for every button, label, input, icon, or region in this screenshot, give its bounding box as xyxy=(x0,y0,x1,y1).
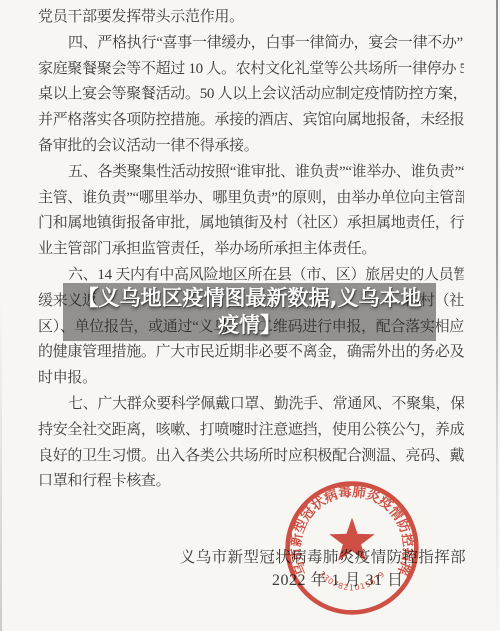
text-line: 党员干部要发挥带头示范作用。 xyxy=(38,5,464,31)
text-line: 的健康管理措施。广大市民近期非必要不离金，确需外出的务必及 xyxy=(38,340,464,366)
text-line: 门和属地镇街报备审批，属地镇街及村（社区）承担属地责任，行 xyxy=(38,211,464,237)
text-line: 业主管部门承担监管责任，举办场所承担主体责任。 xyxy=(38,237,464,263)
seal-code-text: 3307821015679 xyxy=(317,569,387,592)
text-line: 桌以上宴会等聚餐活动。50 人以上会议活动应制定疫情防控方案， xyxy=(38,82,464,108)
text-line-item7: 七、广大群众要科学佩戴口罩、勤洗手、常通风、不聚集，保 xyxy=(38,392,464,418)
text-line: 备审批的会议活动一律不得承接。 xyxy=(38,134,464,160)
caption-line-1: 【义乌地区疫情图最新数据,义乌本地 xyxy=(78,285,422,312)
text-line: 并严格落实各项防控措施。承接的酒店、宾馆向属地报备，未经报 xyxy=(38,108,464,134)
scanned-notice-page: 党员干部要发挥带头示范作用。 四、严格执行“喜事一律缓办，白事一律简办，宴会一律… xyxy=(0,0,500,631)
text-line: 时申报。 xyxy=(38,366,464,392)
seal-star-icon xyxy=(329,518,374,561)
text-line: 家庭聚餐聚会等不超过 10 人。农村文化礼堂等公共场所一律停办 5 xyxy=(38,57,464,83)
svg-text:3307821015679: 3307821015679 xyxy=(317,569,387,592)
text-line: 良好的卫生习惯。出入各类公共场所时应积极配合测温、亮码、戴 xyxy=(38,444,464,470)
text-line-item4: 四、严格执行“喜事一律缓办，白事一律简办，宴会一律不办”， xyxy=(38,31,464,57)
page-scan-edge-right xyxy=(496,0,498,631)
caption-line-2: 疫情】 xyxy=(218,312,281,339)
notice-body: 党员干部要发挥带头示范作用。 四、严格执行“喜事一律缓办，白事一律简办，宴会一律… xyxy=(38,5,464,495)
official-seal: 义乌市新型冠状病毒肺炎疫情防控指挥部 3307821015679 xyxy=(283,479,421,617)
text-line: 主管、谁负责”“哪里举办、哪里负责”的原则，由举办单位向主管部 xyxy=(38,186,464,212)
text-line-item5: 五、各类聚集性活动按照“谁审批、谁负责”“谁举办、谁负责”“谁 xyxy=(38,160,464,186)
text-line: 持安全社交距离，咳嗽、打喷嚏时注意遮挡，使用公筷公勺，养成 xyxy=(38,418,464,444)
page-scan-edge-left xyxy=(0,300,2,631)
caption-overlay-banner: 【义乌地区疫情图最新数据,义乌本地 疫情】 xyxy=(63,283,436,341)
